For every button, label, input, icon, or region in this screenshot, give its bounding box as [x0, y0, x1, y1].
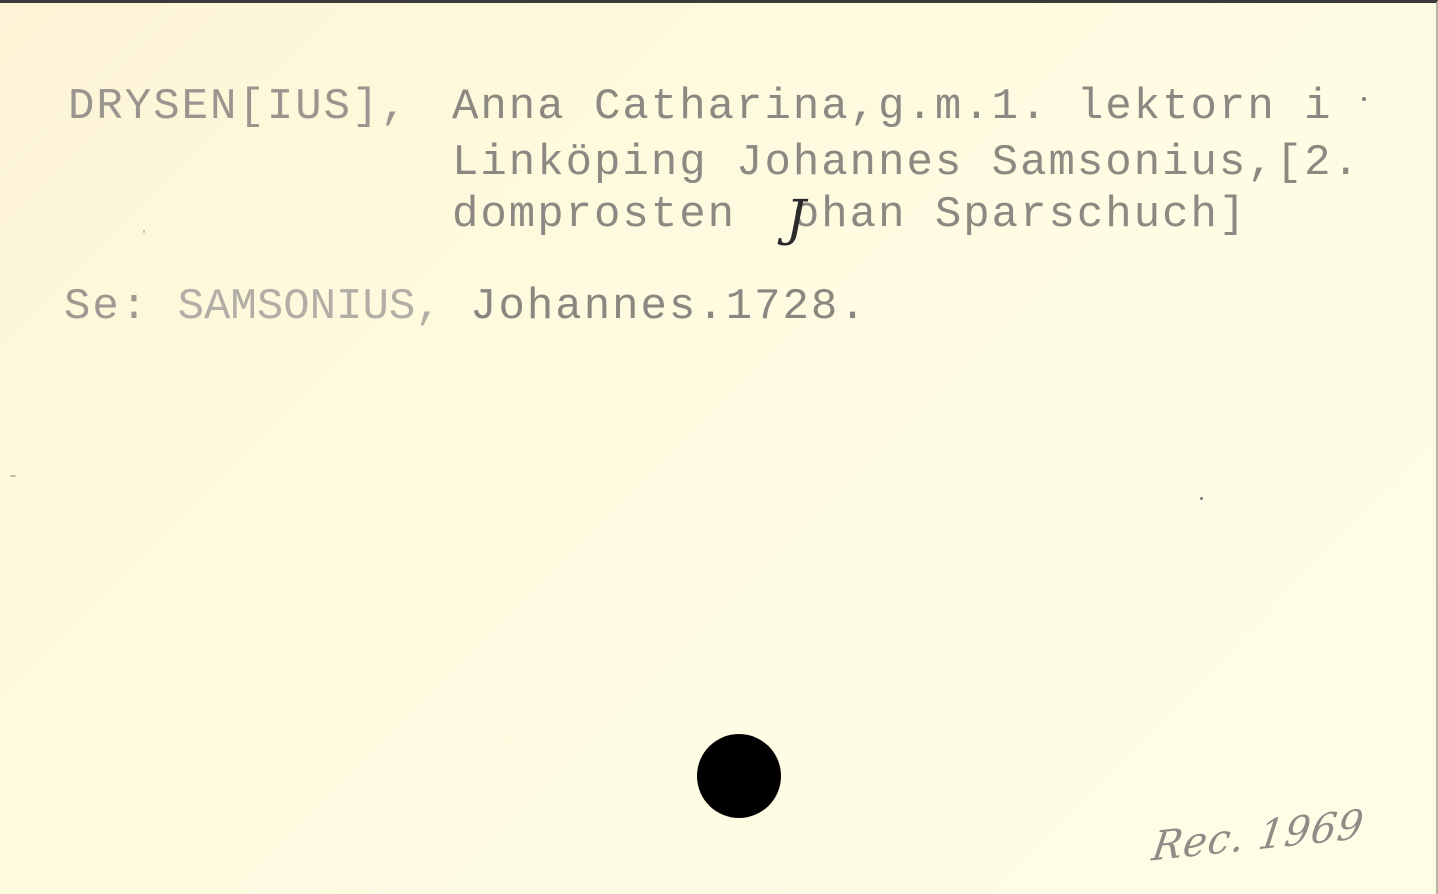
entry-line-3: domprosten ohan Sparschuch] — [452, 193, 1247, 237]
catalog-card: DRYSEN[IUS], Anna Catharina,g.m.1. lekto… — [0, 0, 1438, 894]
paper-speck — [143, 230, 145, 233]
see-also-reference: Se: SAMSONIUS, Johannes.1728. — [64, 285, 868, 329]
see-label: Se: — [64, 282, 149, 332]
entry-line-2: Linköping Johannes Samsonius,[2. — [452, 141, 1361, 185]
handwritten-accession-note: Rec. 1969 — [1149, 801, 1367, 870]
paper-speck — [1362, 97, 1366, 101]
see-target-rest: Johannes.1728. — [470, 282, 868, 332]
paper-speck — [1200, 497, 1203, 500]
entry-line-1: Anna Catharina,g.m.1. lektorn i — [452, 85, 1333, 129]
punch-hole — [697, 734, 781, 818]
handwritten-correction: J — [786, 189, 806, 247]
see-target-name: SAMSONIUS, — [178, 282, 442, 332]
paper-speck — [10, 475, 16, 477]
card-heading: DRYSEN[IUS], — [68, 85, 409, 129]
